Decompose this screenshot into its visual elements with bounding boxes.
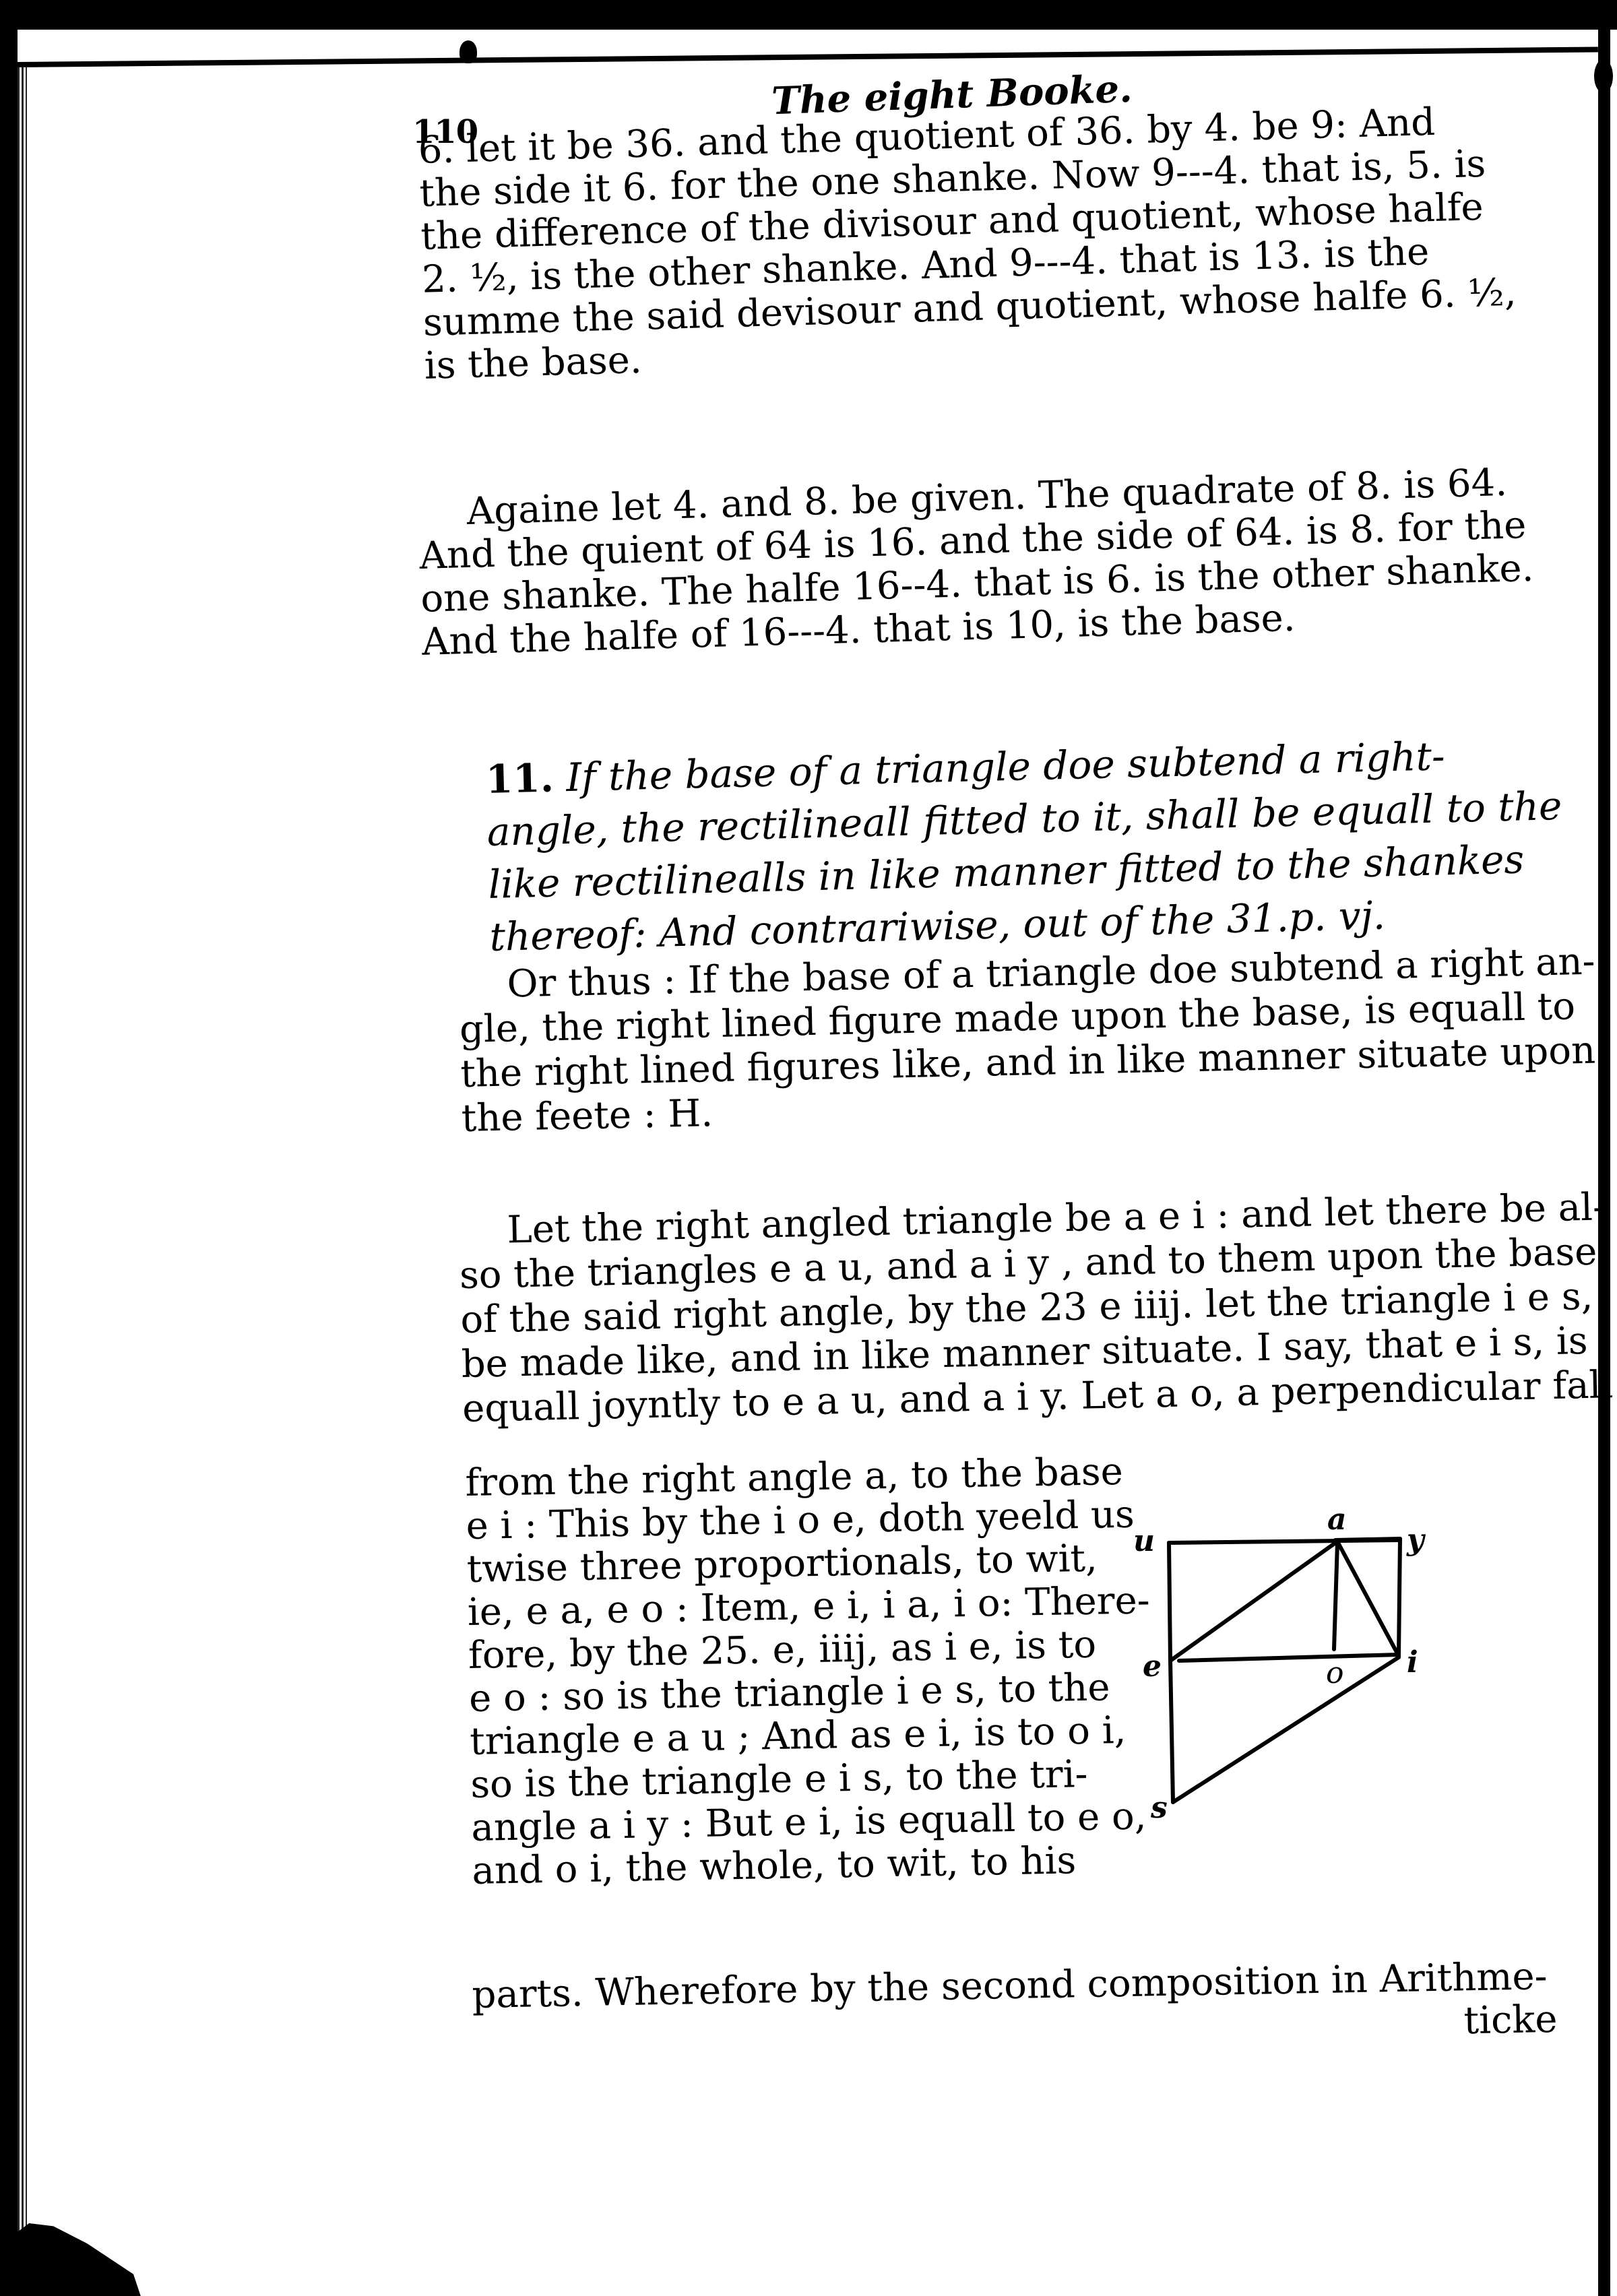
proposition-number: 11. <box>485 755 554 802</box>
geometric-figure: u a y e o i s <box>1118 1496 1550 1873</box>
scan-artifact <box>0 2223 243 2296</box>
figure-label-y: y <box>1406 1523 1426 1557</box>
figure-label-i: i <box>1407 1645 1418 1680</box>
scan-border-top <box>0 0 1617 30</box>
paragraph-second-example: Againe let 4. and 8. be given. The quadr… <box>418 460 1560 664</box>
figure-label-e: e <box>1143 1649 1162 1684</box>
paragraph-example-continued: 6. let it be 36. and the quotient of 36.… <box>418 98 1563 388</box>
paragraph-conclusion: parts. Wherefore by the second compositi… <box>472 1955 1558 2060</box>
figure-label-s: s <box>1150 1791 1168 1825</box>
figure-label-u: u <box>1133 1524 1155 1558</box>
proposition-11: 11. If the base of a triangle doe subten… <box>485 727 1561 963</box>
paragraph-beside-figure: from the right angle a, to the base e i … <box>465 1450 1119 1893</box>
scan-border-right <box>1598 19 1610 2296</box>
paragraph-or-thus: Or thus : If the base of a triangle doe … <box>458 940 1560 1141</box>
figure-label-o: o <box>1326 1656 1344 1690</box>
scan-artifact <box>1594 59 1613 93</box>
binding-gutter <box>18 67 27 2296</box>
paragraph-demonstration: Let the right angled triangle be a e i :… <box>458 1186 1561 1432</box>
figure-label-a: a <box>1327 1502 1347 1537</box>
header-rule <box>18 46 1598 67</box>
scan-artifact <box>459 40 477 63</box>
triangle-diagram: u a y e o i s <box>1118 1496 1550 1873</box>
scan-border-left <box>0 0 18 2296</box>
